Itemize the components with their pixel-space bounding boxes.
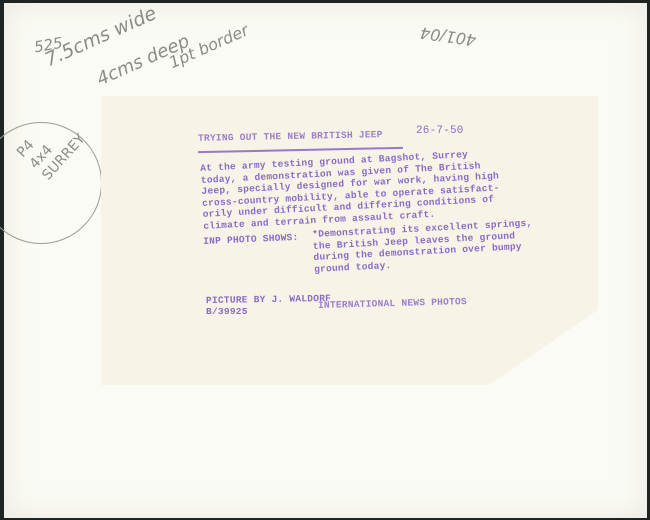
caption-date: 26-7-50	[416, 126, 464, 138]
photo-credit: PICTURE BY J. WALDORF	[206, 293, 331, 307]
reference-number: B/39925	[206, 306, 248, 318]
